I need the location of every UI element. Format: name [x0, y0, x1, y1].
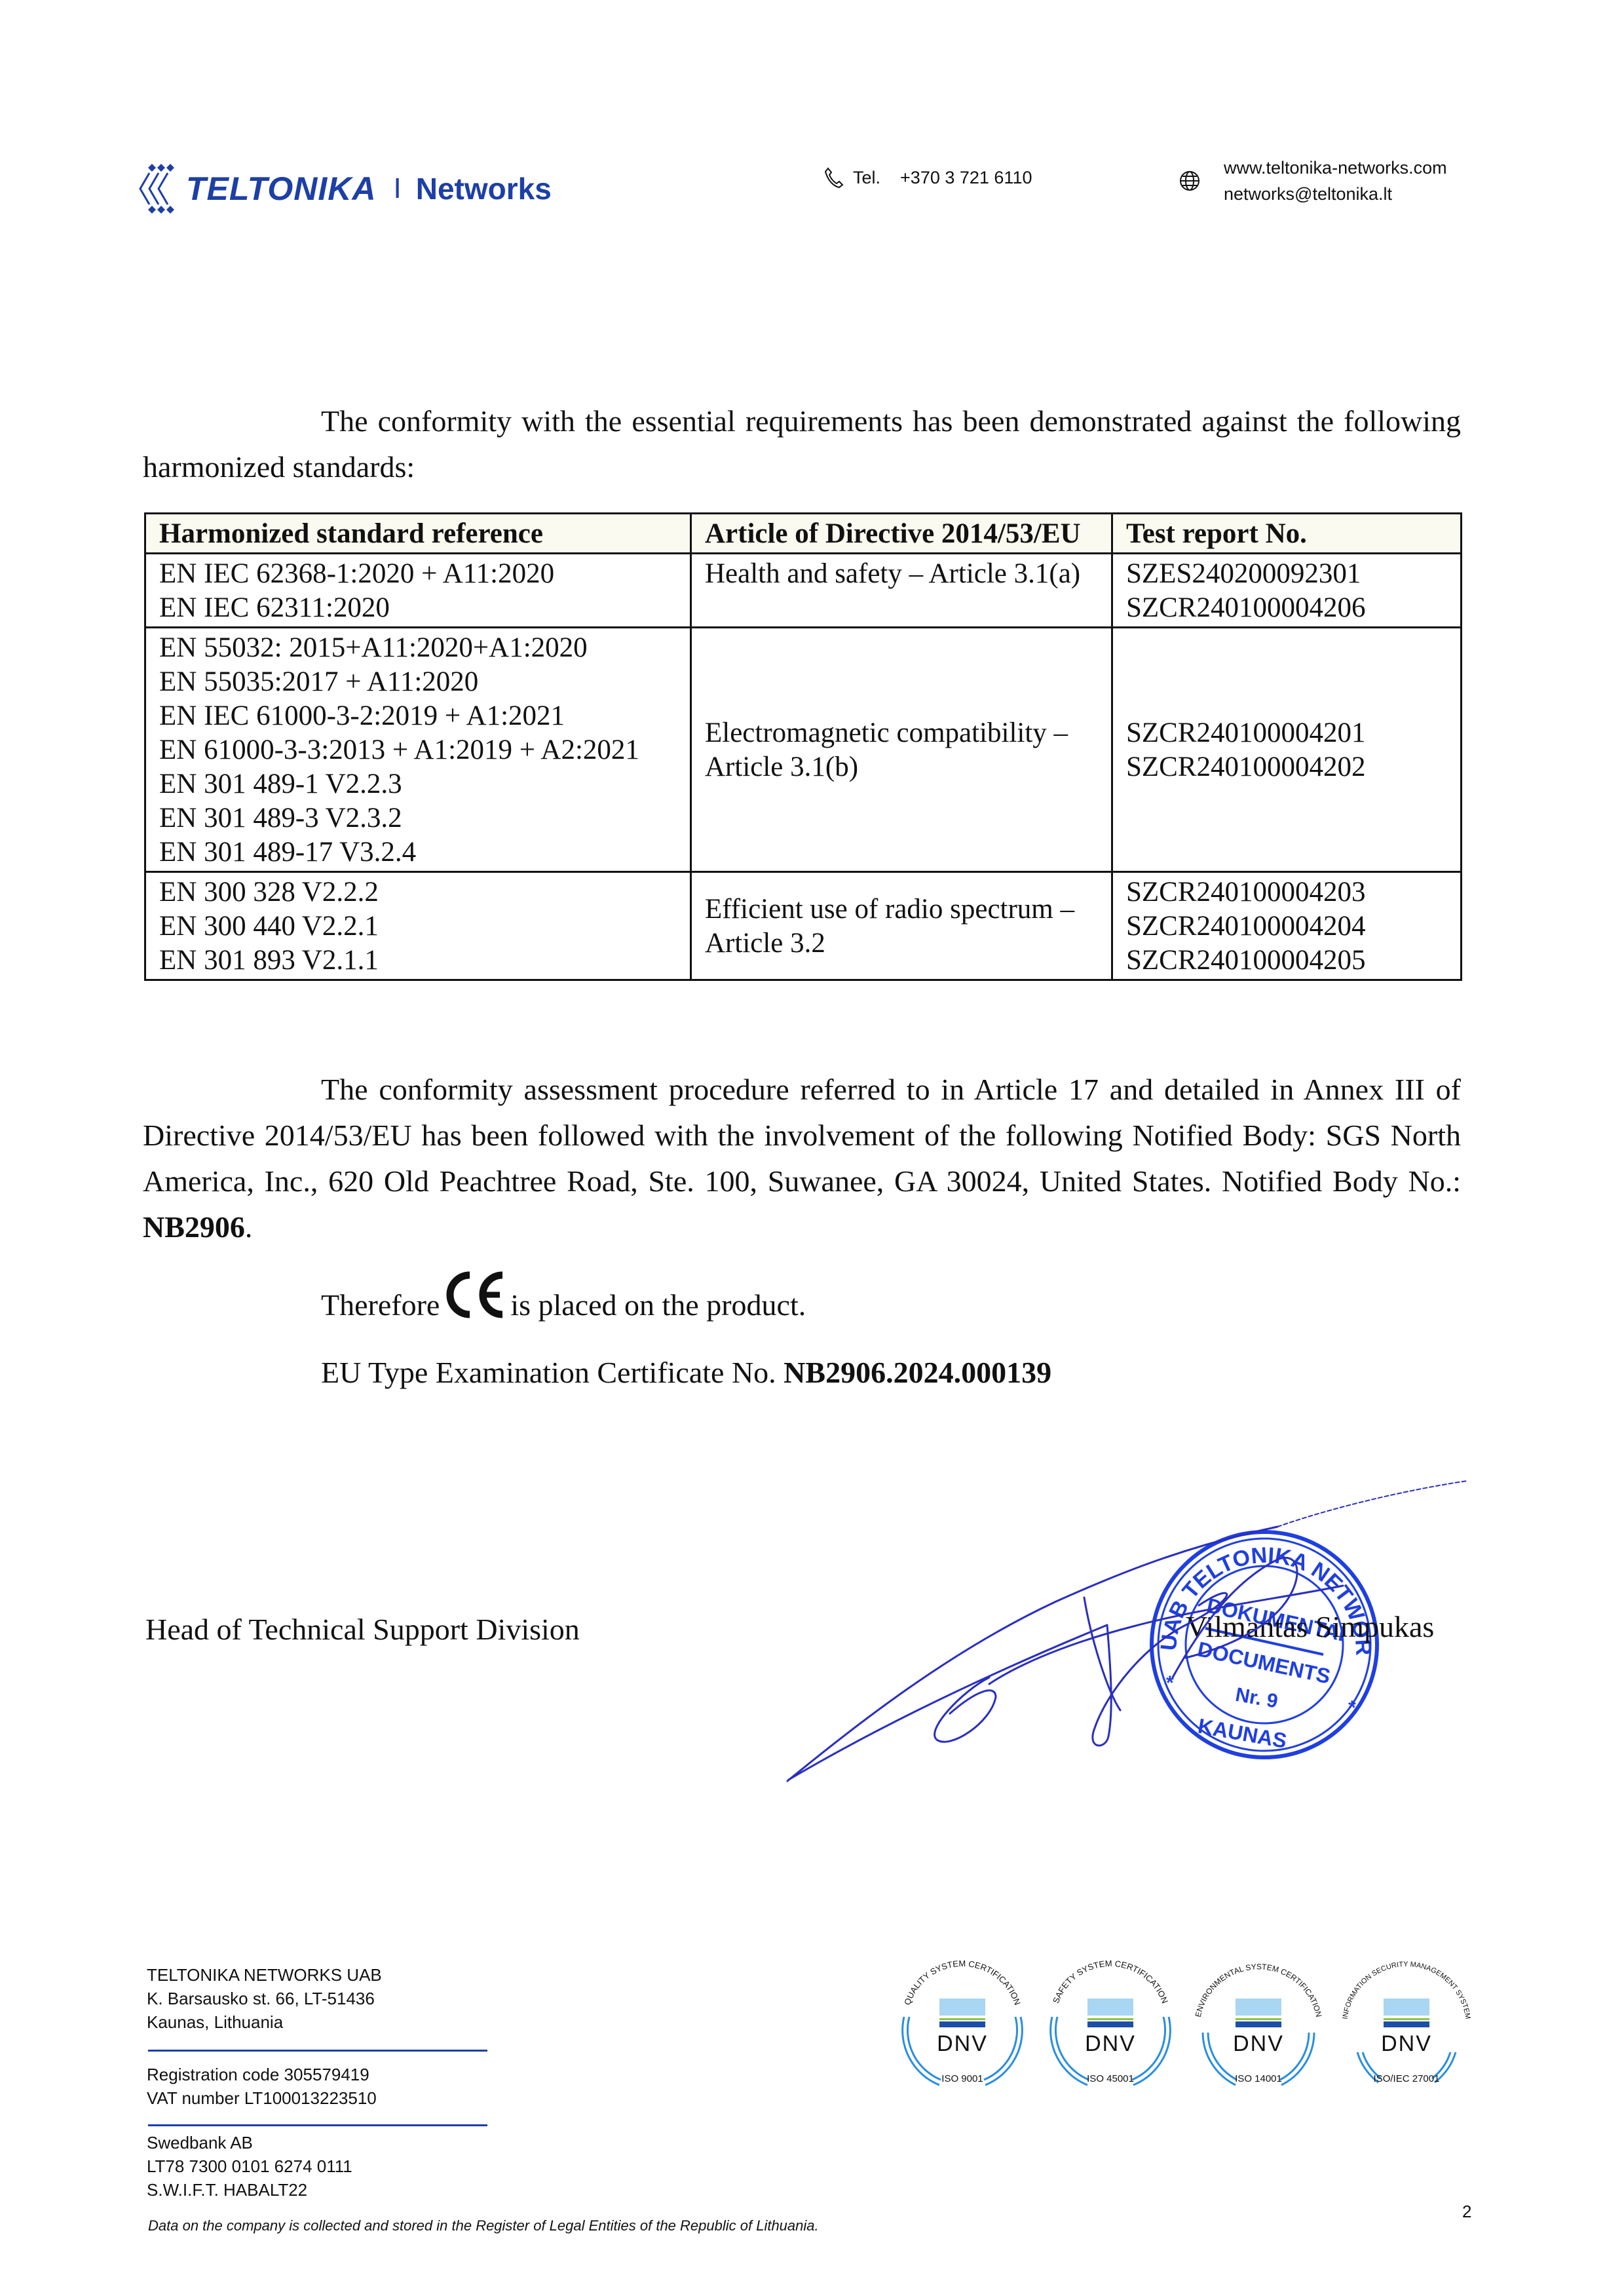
signer-role: Head of Technical Support Division	[145, 1612, 580, 1647]
email-link[interactable]: networks@teltonika.lt	[1224, 181, 1447, 207]
bank-swift: S.W.I.F.T. HABALT22	[147, 2178, 352, 2202]
header-article: Article of Directive 2014/53/EU	[691, 514, 1112, 554]
standard-ref: EN 301 893 V2.1.1	[159, 944, 677, 978]
cert-badge-iso-27001: INFORMATION SECURITY MANAGEMENT SYSTEM D…	[1338, 1954, 1475, 2098]
bank-name: Swedbank AB	[147, 2131, 352, 2154]
vat-number: VAT number LT100013223510	[147, 2086, 377, 2110]
article-cell: Efficient use of radio spectrum – Articl…	[691, 872, 1112, 980]
table-header-row: Harmonized standard reference Article of…	[145, 514, 1462, 554]
standard-ref: EN IEC 62311:2020	[159, 591, 677, 625]
cert-badge-iso-45001: SAFETY SYSTEM CERTIFICATION DNV ISO 4500…	[1042, 1954, 1179, 2098]
phone-label: Tel.	[853, 168, 880, 188]
assessment-text: The conformity assessment procedure refe…	[143, 1073, 1461, 1198]
standards-cell: EN 55032: 2015+A11:2020+A1:2020 EN 55035…	[145, 628, 691, 872]
header-test-report: Test report No.	[1112, 514, 1462, 554]
brand-name: TELTONIKA	[186, 170, 376, 208]
reports-cell: SZES240200092301 SZCR240100004206	[1112, 554, 1462, 628]
standard-ref: EN 300 328 V2.2.2	[159, 875, 677, 909]
company-name: TELTONIKA NETWORKS UAB	[147, 1963, 382, 1987]
standard-ref: EN IEC 62368-1:2020 + A11:2020	[159, 557, 677, 591]
standard-ref: EN 301 489-3 V2.3.2	[159, 801, 677, 835]
badge-brand: DNV	[894, 2031, 1031, 2057]
phone-number[interactable]: +370 3 721 6110	[900, 168, 1032, 188]
certificate-line: EU Type Examination Certificate No. NB29…	[321, 1355, 1051, 1390]
intro-paragraph: The conformity with the essential requir…	[143, 398, 1461, 490]
reports-cell: SZCR240100004203 SZCR240100004204 SZCR24…	[1112, 872, 1462, 980]
report-no: SZCR240100004205	[1126, 944, 1447, 978]
legal-note: Data on the company is collected and sto…	[148, 2217, 819, 2234]
company-logo: TELTONIKA I Networks	[139, 163, 552, 215]
website-link[interactable]: www.teltonika-networks.com	[1224, 155, 1447, 181]
standard-ref: EN 55032: 2015+A11:2020+A1:2020	[159, 631, 677, 665]
ce-before: Therefore	[321, 1288, 440, 1322]
reports-cell: SZCR240100004201 SZCR240100004202	[1112, 628, 1462, 872]
table-row: EN IEC 62368-1:2020 + A11:2020 EN IEC 62…	[145, 554, 1462, 628]
cert-badge-iso-9001: QUALITY SYSTEM CERTIFICATION DNV ISO 900…	[894, 1954, 1031, 2098]
table-row: EN 55032: 2015+A11:2020+A1:2020 EN 55035…	[145, 628, 1462, 872]
phone-icon	[824, 166, 844, 189]
globe-icon	[1179, 170, 1200, 191]
standard-ref: EN 300 440 V2.2.1	[159, 909, 677, 944]
standard-ref: EN IEC 61000-3-2:2019 + A1:2021	[159, 699, 677, 733]
teltonika-chevron-logo-icon	[139, 163, 182, 215]
web-contact: www.teltonika-networks.com networks@telt…	[1179, 155, 1447, 207]
phone-contact: Tel. +370 3 721 6110	[824, 166, 1032, 189]
report-no: SZCR240100004202	[1126, 750, 1447, 784]
bank-details: Swedbank AB LT78 7300 0101 6274 0111 S.W…	[147, 2131, 352, 2202]
report-no: SZCR240100004204	[1126, 909, 1447, 944]
badge-brand: DNV	[1042, 2031, 1179, 2057]
badge-standard: ISO/IEC 27001	[1338, 2073, 1475, 2084]
report-no: SZES240200092301	[1126, 557, 1447, 591]
badge-standard: ISO 14001	[1190, 2073, 1327, 2084]
notified-body-number: NB2906	[143, 1210, 245, 1244]
brand-division: Networks	[416, 171, 552, 206]
footer-divider	[148, 2050, 487, 2052]
company-street: K. Barsausko st. 66, LT-51436	[147, 1987, 382, 2010]
ce-mark-icon	[444, 1271, 506, 1318]
report-no: SZCR240100004203	[1126, 875, 1447, 909]
standard-ref: EN 55035:2017 + A11:2020	[159, 665, 677, 699]
certification-badges: QUALITY SYSTEM CERTIFICATION DNV ISO 900…	[894, 1954, 1475, 2098]
report-no: SZCR240100004206	[1126, 591, 1447, 625]
certificate-label: EU Type Examination Certificate No.	[321, 1356, 776, 1389]
harmonized-standards-table: Harmonized standard reference Article of…	[144, 512, 1462, 981]
certificate-number: NB2906.2024.000139	[784, 1356, 1051, 1389]
standard-ref: EN 61000-3-3:2013 + A1:2019 + A2:2021	[159, 733, 677, 767]
ce-statement: Therefore is placed on the product.	[321, 1271, 806, 1322]
registration-code: Registration code 305579419	[147, 2063, 377, 2086]
company-address: TELTONIKA NETWORKS UAB K. Barsausko st. …	[147, 1963, 382, 2034]
footer-divider	[148, 2124, 487, 2126]
badge-brand: DNV	[1338, 2031, 1475, 2057]
header-standard-reference: Harmonized standard reference	[145, 514, 691, 554]
article-cell: Electromagnetic compatibility – Article …	[691, 628, 1112, 872]
assessment-paragraph: The conformity assessment procedure refe…	[143, 1067, 1461, 1250]
badge-standard: ISO 9001	[894, 2073, 1031, 2084]
handwritten-signature-icon	[780, 1474, 1474, 1802]
standards-cell: EN IEC 62368-1:2020 + A11:2020 EN IEC 62…	[145, 554, 691, 628]
badge-brand: DNV	[1190, 2031, 1327, 2057]
company-city: Kaunas, Lithuania	[147, 2010, 382, 2034]
assessment-end: .	[245, 1210, 253, 1244]
standards-cell: EN 300 328 V2.2.2 EN 300 440 V2.2.1 EN 3…	[145, 872, 691, 980]
article-cell: Health and safety – Article 3.1(a)	[691, 554, 1112, 628]
report-no: SZCR240100004201	[1126, 716, 1447, 750]
table-row: EN 300 328 V2.2.2 EN 300 440 V2.2.1 EN 3…	[145, 872, 1462, 980]
standard-ref: EN 301 489-17 V3.2.4	[159, 835, 677, 870]
badge-standard: ISO 45001	[1042, 2073, 1179, 2084]
company-registration: Registration code 305579419 VAT number L…	[147, 2063, 377, 2110]
standard-ref: EN 301 489-1 V2.2.3	[159, 767, 677, 801]
brand-separator: I	[393, 172, 401, 205]
ce-after: is placed on the product.	[510, 1288, 806, 1322]
bank-iban: LT78 7300 0101 6274 0111	[147, 2154, 352, 2178]
svg-text:SAFETY SYSTEM CERTIFICATION: SAFETY SYSTEM CERTIFICATION	[1051, 1959, 1170, 2005]
page-number: 2	[1462, 2202, 1471, 2222]
cert-badge-iso-14001: ENVIRONMENTAL SYSTEM CERTIFICATION DNV I…	[1190, 1954, 1327, 2098]
